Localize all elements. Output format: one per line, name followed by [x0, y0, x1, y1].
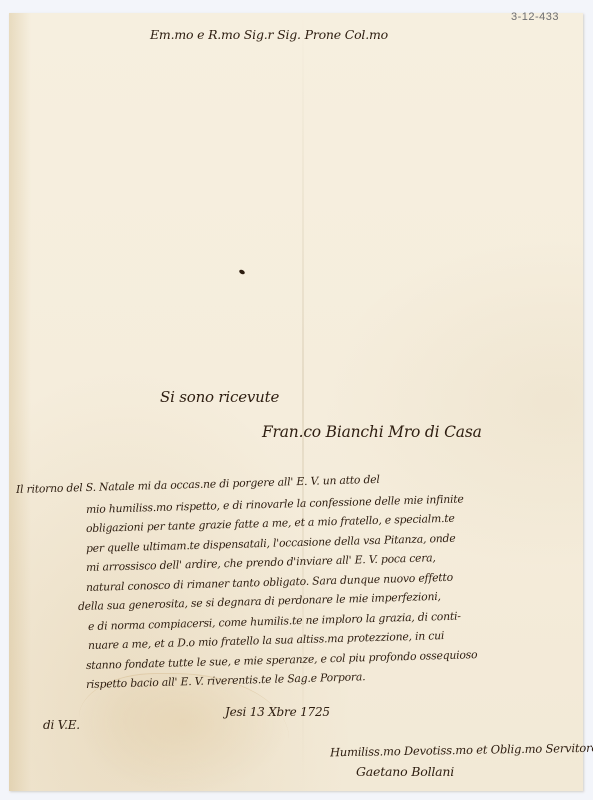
received-note: Si sono ricevute — [160, 388, 279, 406]
letter-body: Il ritorno del S. Natale mi da occas.ne … — [16, 480, 586, 695]
signature-name: Gaetano Bollani — [356, 764, 454, 779]
recipient-name: Fran.co Bianchi Mro di Casa — [262, 423, 482, 441]
salutation: Em.mo e R.mo Sig.r Sig. Prone Col.mo — [150, 27, 388, 42]
closing-address: di V.E. — [43, 718, 80, 732]
dateline: Jesi 13 Xbre 1725 — [225, 705, 330, 719]
archive-number: 3-12-433 — [511, 11, 559, 23]
